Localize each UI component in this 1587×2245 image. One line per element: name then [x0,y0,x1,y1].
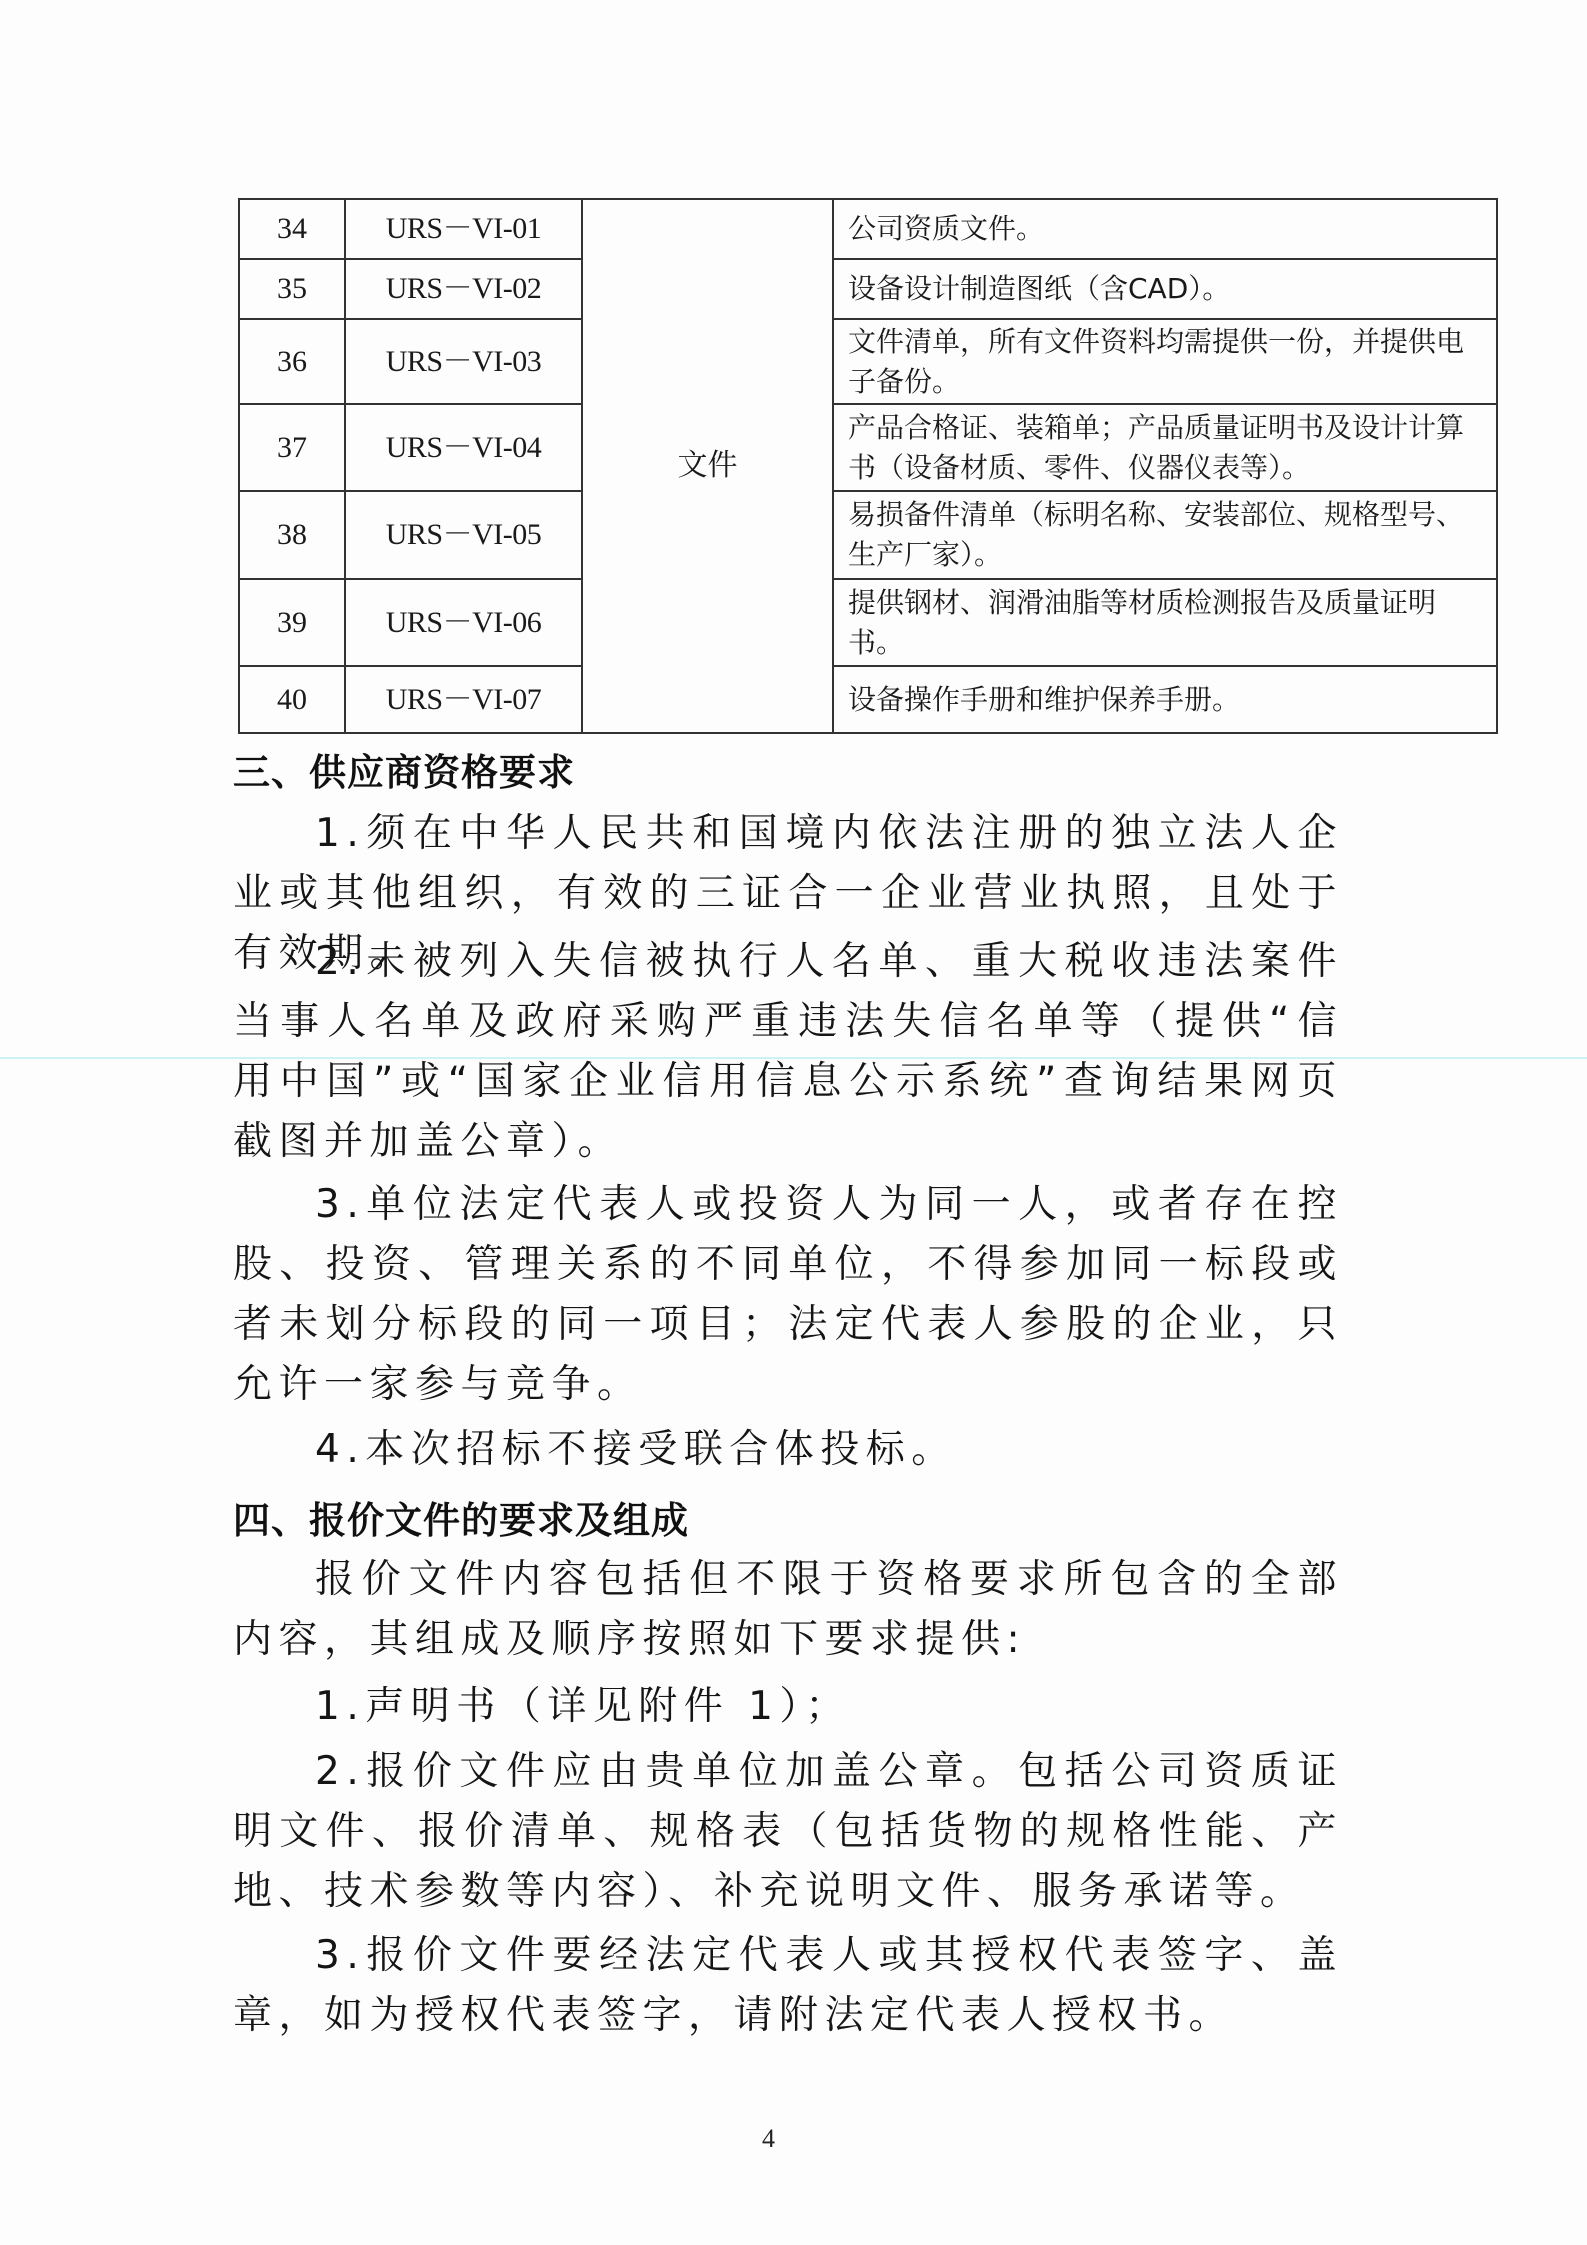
paragraph-quotation-2: 2.报价文件应由贵单位加盖公章。包括公司资质证明文件、报价清单、规格表（包括货物… [233,1742,1343,1922]
table-row: 35 URS－VI-02 设备设计制造图纸（含CAD）。 [239,259,1497,319]
paragraph-quotation-intro: 报价文件内容包括但不限于资格要求所包含的全部内容，其组成及顺序按照如下要求提供: [233,1550,1343,1670]
row-number: 36 [239,319,345,404]
table-row: 36 URS－VI-03 文件清单，所有文件资料均需提供一份，并提供电子备份。 [239,319,1497,404]
paragraph-qualification-4: 4.本次招标不接受联合体投标。 [233,1420,1343,1480]
scan-artifact-line [0,1057,1587,1059]
row-content: 产品合格证、装箱单；产品质量证明书及设计计算书（设备材质、零件、仪器仪表等）。 [833,404,1497,491]
row-number: 39 [239,579,345,666]
row-number: 35 [239,259,345,319]
table-row: 40 URS－VI-07 设备操作手册和维护保养手册。 [239,666,1497,733]
row-code: URS－VI-02 [345,259,582,319]
row-number: 37 [239,404,345,491]
row-category: 文件 [582,199,833,733]
paragraph-quotation-1: 1.声明书（详见附件 1）； [233,1677,1343,1737]
table-row: 37 URS－VI-04 产品合格证、装箱单；产品质量证明书及设计计算书（设备材… [239,404,1497,491]
row-number: 34 [239,199,345,259]
table-row: 34 URS－VI-01 文件 公司资质文件。 [239,199,1497,259]
row-content: 易损备件清单（标明名称、安装部位、规格型号、生产厂家）。 [833,491,1497,579]
row-content: 提供钢材、润滑油脂等材质检测报告及质量证明书。 [833,579,1497,666]
row-code: URS－VI-07 [345,666,582,733]
row-content: 设备设计制造图纸（含CAD）。 [833,259,1497,319]
requirements-table: 34 URS－VI-01 文件 公司资质文件。 35 URS－VI-02 设备设… [238,198,1498,734]
section-heading-supplier-qualifications: 三、供应商资格要求 [233,742,575,796]
row-content: 文件清单，所有文件资料均需提供一份，并提供电子备份。 [833,319,1497,404]
paragraph-quotation-3: 3.报价文件要经法定代表人或其授权代表签字、盖章，如为授权代表签字，请附法定代表… [233,1926,1343,2046]
row-number: 40 [239,666,345,733]
row-content: 公司资质文件。 [833,199,1497,259]
row-code: URS－VI-01 [345,199,582,259]
row-number: 38 [239,491,345,579]
table-row: 39 URS－VI-06 提供钢材、润滑油脂等材质检测报告及质量证明书。 [239,579,1497,666]
row-code: URS－VI-03 [345,319,582,404]
page-number: 4 [762,2124,775,2154]
row-code: URS－VI-05 [345,491,582,579]
row-code: URS－VI-06 [345,579,582,666]
row-content: 设备操作手册和维护保养手册。 [833,666,1497,733]
paragraph-qualification-3: 3.单位法定代表人或投资人为同一人，或者存在控股、投资、管理关系的不同单位，不得… [233,1175,1343,1415]
document-page: 34 URS－VI-01 文件 公司资质文件。 35 URS－VI-02 设备设… [0,0,1587,2245]
section-heading-quotation-documents: 四、报价文件的要求及组成 [233,1490,689,1544]
table-row: 38 URS－VI-05 易损备件清单（标明名称、安装部位、规格型号、生产厂家）… [239,491,1497,579]
paragraph-qualification-2: 2.未被列入失信被执行人名单、重大税收违法案件当事人名单及政府采购严重违法失信名… [233,932,1343,1172]
row-code: URS－VI-04 [345,404,582,491]
